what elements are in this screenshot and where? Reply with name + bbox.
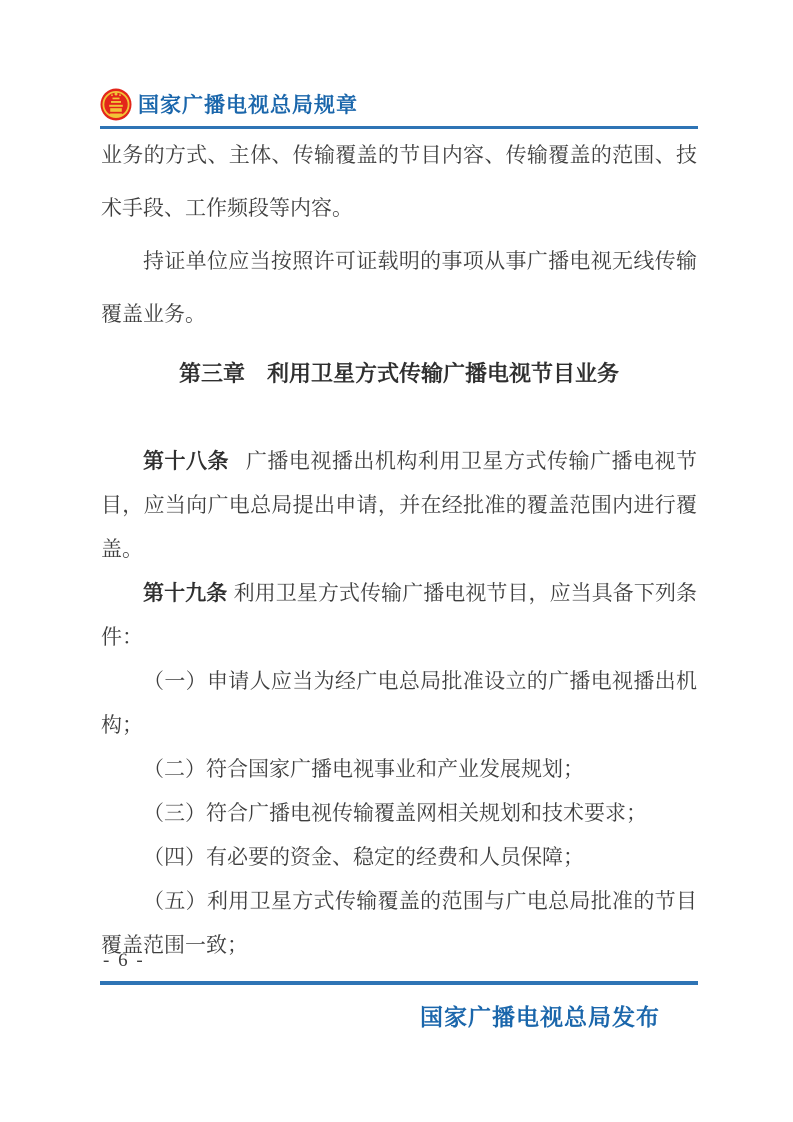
document-page: 国家广播电视总局规章 业务的方式、主体、传输覆盖的节目内容、传输覆盖的范围、技术… — [0, 0, 793, 1122]
page-header: 国家广播电视总局规章 — [100, 85, 698, 123]
page-number: - 6 - — [103, 950, 145, 972]
body-section-lower: 第十八条广播电视播出机构利用卫星方式传输广播电视节目，应当向广电总局提出申请，并… — [101, 439, 697, 967]
body-section-upper: 业务的方式、主体、传输覆盖的节目内容、传输覆盖的范围、技术手段、工作频段等内容。… — [101, 129, 697, 400]
article-19-number: 第十九条 — [143, 581, 227, 605]
condition-item-3: （三）符合广播电视传输覆盖网相关规划和技术要求； — [101, 791, 697, 835]
national-emblem-icon — [100, 88, 132, 121]
article-19: 第十九条利用卫星方式传输广播电视节目，应当具备下列条件： — [101, 571, 697, 659]
article-18: 第十八条广播电视播出机构利用卫星方式传输广播电视节目，应当向广电总局提出申请，并… — [101, 439, 697, 571]
publisher-label: 国家广播电视总局发布 — [100, 999, 660, 1032]
condition-item-2: （二）符合国家广播电视事业和产业发展规划； — [101, 747, 697, 791]
condition-item-4: （四）有必要的资金、稳定的经费和人员保障； — [101, 835, 697, 879]
body-paragraph-continuation: 业务的方式、主体、传输覆盖的节目内容、传输覆盖的范围、技术手段、工作频段等内容。 — [101, 129, 697, 235]
document-body: 业务的方式、主体、传输覆盖的节目内容、传输覆盖的范围、技术手段、工作频段等内容。… — [101, 129, 697, 967]
footer-divider — [100, 981, 698, 985]
condition-item-5: （五）利用卫星方式传输覆盖的范围与广电总局批准的节目覆盖范围一致； — [101, 879, 697, 967]
chapter-heading: 第三章 利用卫星方式传输广播电视节目业务 — [101, 347, 697, 400]
header-title: 国家广播电视总局规章 — [138, 89, 358, 119]
condition-item-1: （一）申请人应当为经广电总局批准设立的广播电视播出机构； — [101, 659, 697, 747]
body-paragraph-license: 持证单位应当按照许可证载明的事项从事广播电视无线传输覆盖业务。 — [101, 235, 697, 341]
article-18-number: 第十八条 — [143, 449, 229, 473]
